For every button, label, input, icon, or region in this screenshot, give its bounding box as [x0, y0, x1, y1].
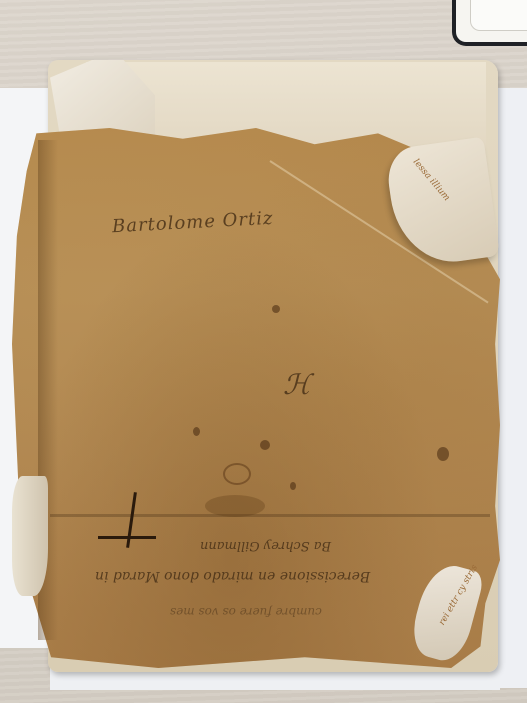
water-stain [205, 495, 265, 517]
tray-inner [470, 0, 527, 31]
curled-flap-left [12, 476, 48, 596]
inverted-inscription-1: Ba Schrey Gillmann [200, 538, 331, 553]
ink-stain [272, 305, 280, 313]
ink-cross-horizontal [98, 536, 156, 539]
ink-stain [437, 447, 449, 461]
horizontal-fold [50, 514, 490, 517]
ring-stain [223, 463, 251, 485]
monogram-mark: ℋ [283, 368, 311, 401]
ink-stain [260, 440, 270, 450]
inverted-inscription-3: cumbre fuere os vos mes [170, 605, 322, 619]
ink-stain [193, 427, 200, 436]
ink-stain [290, 482, 296, 490]
inverted-inscription-2: Berecissione en mirado dono Marad in [95, 568, 370, 584]
